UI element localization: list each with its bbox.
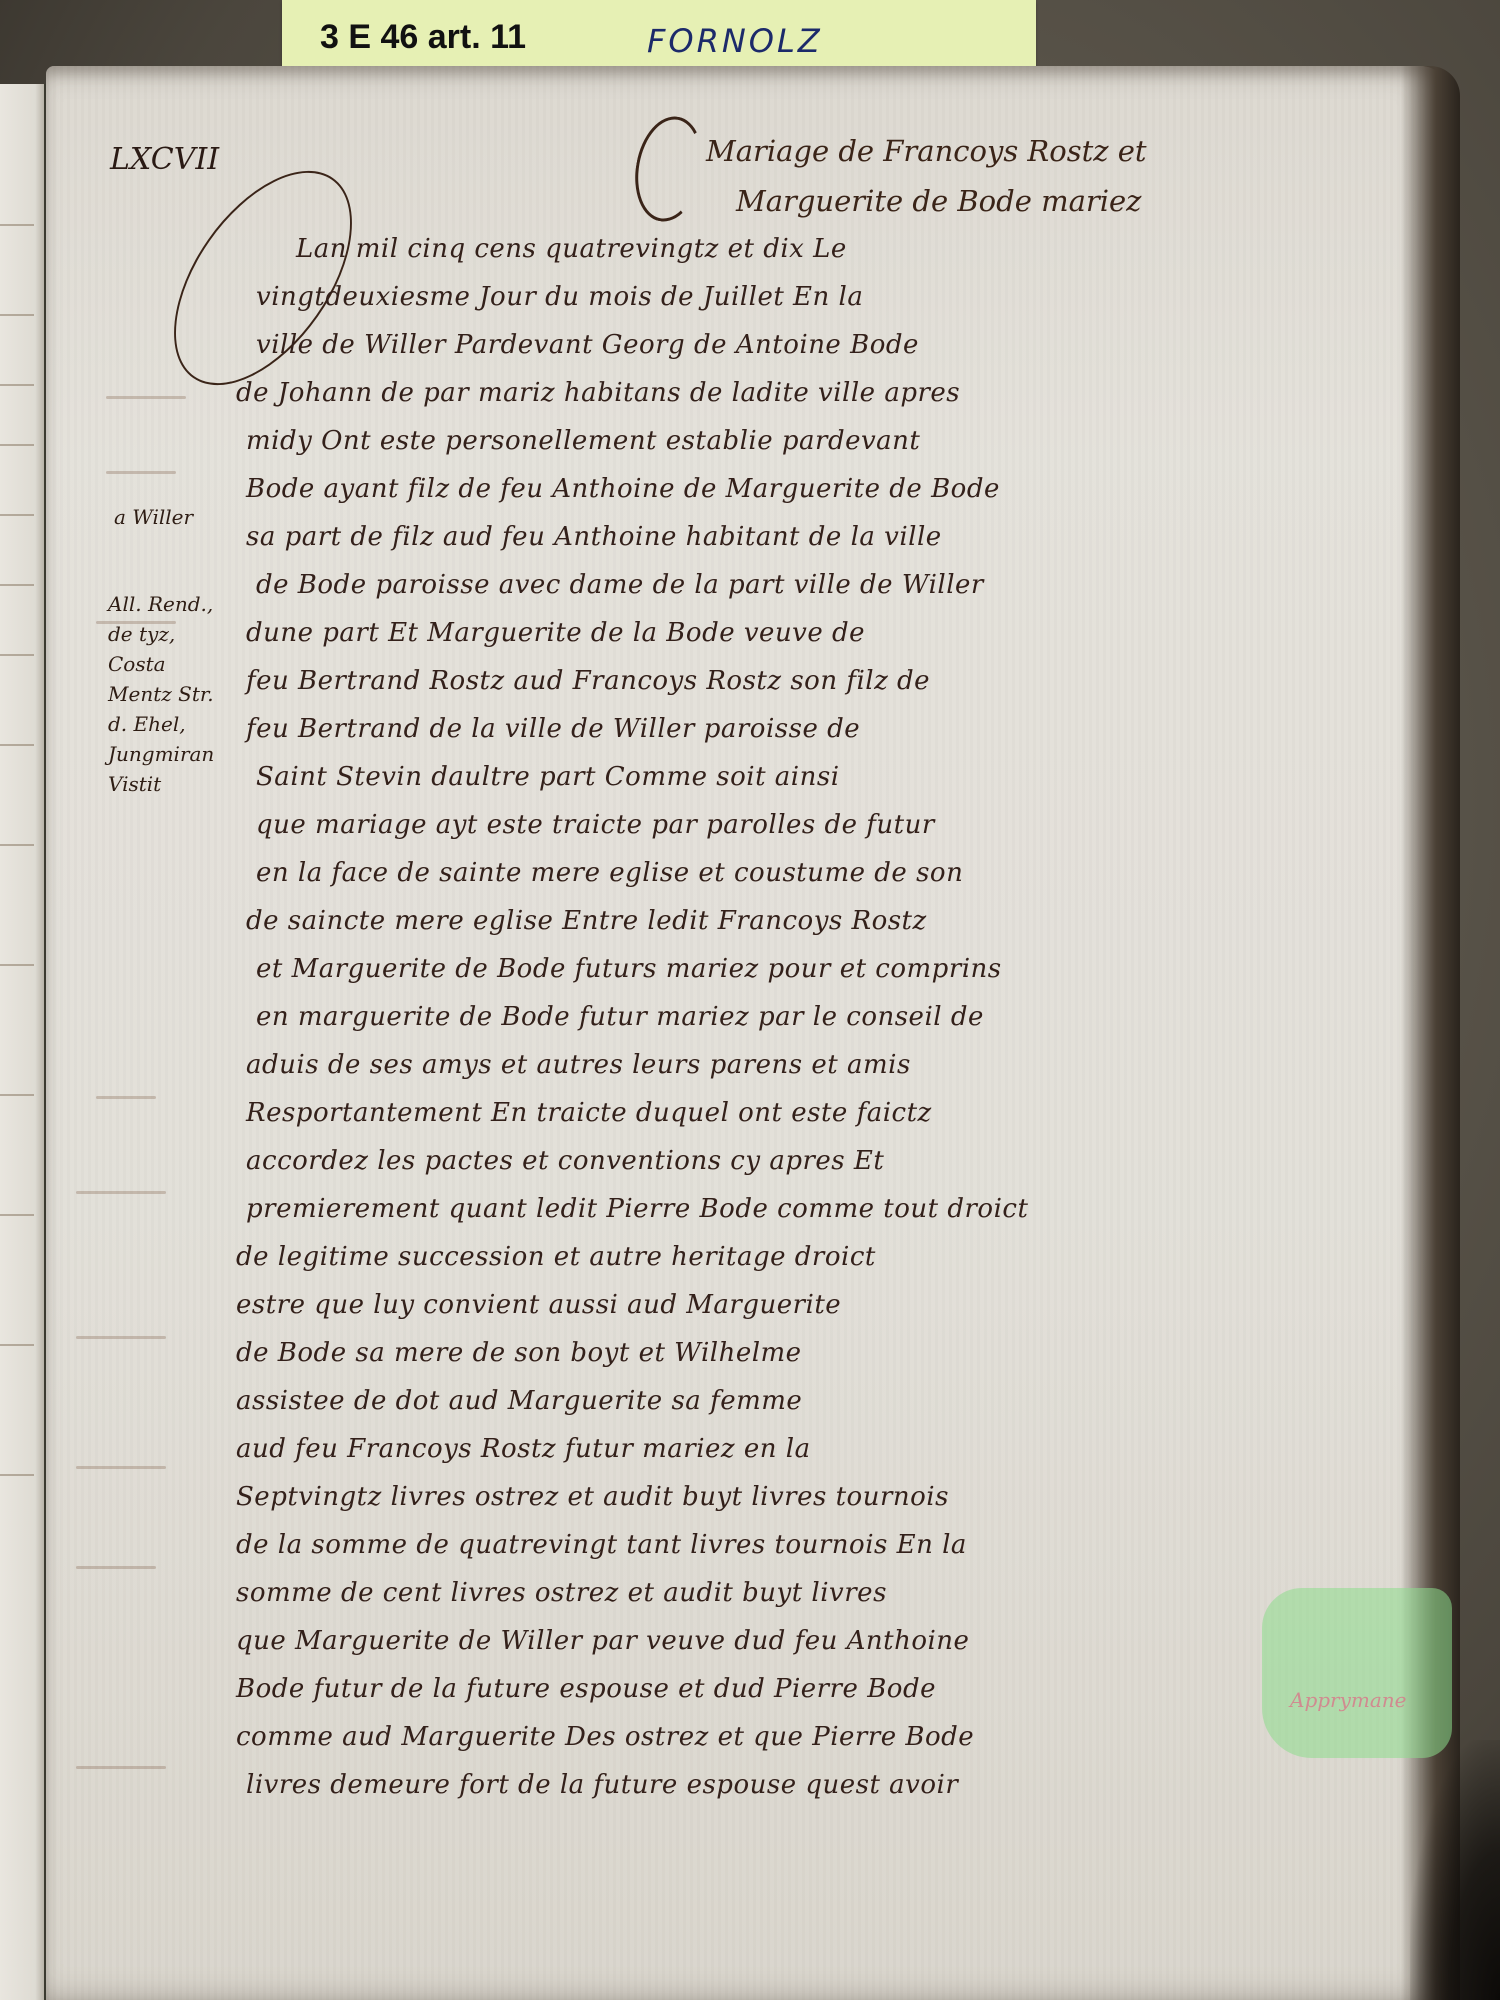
green-correction-patch [1262, 1588, 1452, 1758]
body-line: premierement quant ledit Pierre Bode com… [246, 1194, 1028, 1224]
archive-call-number: 3 E 46 art. 11 [320, 18, 526, 57]
body-line: Bode ayant filz de feu Anthoine de Margu… [246, 474, 1000, 504]
archive-label-name: FORNOLZ [647, 22, 823, 60]
body-line: de legitime succession et autre heritage… [236, 1242, 876, 1272]
margin-note: de tyz, [108, 621, 175, 648]
body-line: Resportantement En traicte duquel ont es… [246, 1098, 932, 1128]
margin-note: Costa [108, 651, 166, 678]
body-line: et Marguerite de Bode futurs mariez pour… [256, 954, 1002, 984]
left-page-rule [0, 444, 34, 446]
left-page-rule [0, 584, 34, 586]
left-page-rule [0, 1094, 34, 1096]
body-line: ville de Willer Pardevant Georg de Antoi… [256, 330, 919, 360]
body-line: de saincte mere eglise Entre ledit Franc… [246, 906, 927, 936]
body-line: que Marguerite de Willer par veuve dud f… [236, 1626, 969, 1656]
left-page-rule [0, 744, 34, 746]
margin-note: Mentz Str. [108, 681, 214, 708]
body-line: somme de cent livres ostrez et audit buy… [236, 1578, 887, 1608]
left-page-rule [0, 654, 34, 656]
body-line: aud feu Francoys Rostz futur mariez en l… [236, 1434, 811, 1464]
bleed-through-line [76, 1466, 166, 1469]
body-line: Bode futur de la future espouse et dud P… [236, 1674, 936, 1704]
body-line: feu Bertrand de la ville de Willer paroi… [246, 714, 860, 744]
left-page-rule [0, 384, 34, 386]
archive-label: 3 E 46 art. 11 FORNOLZ [282, 0, 1036, 75]
left-page-edge [0, 84, 46, 2000]
margin-note: All. Rend., [108, 591, 213, 618]
margin-note: Vistit [108, 771, 161, 798]
body-line: estre que luy convient aussi aud Marguer… [236, 1290, 841, 1320]
body-line: de Johann de par mariz habitans de ladit… [236, 378, 960, 408]
title-line: Mariage de Francoys Rostz et [706, 134, 1147, 168]
corner-shadow [1410, 1740, 1500, 2000]
bleed-through-line [106, 396, 186, 399]
body-line: livres demeure fort de la future espouse… [246, 1770, 958, 1800]
left-page-rule [0, 514, 34, 516]
body-line: de la somme de quatrevingt tant livres t… [236, 1530, 967, 1560]
margin-note: a Willer [114, 504, 193, 531]
body-line: sa part de filz aud feu Anthoine habitan… [246, 522, 942, 552]
left-page-rule [0, 224, 34, 226]
body-line: en marguerite de Bode futur mariez par l… [256, 1002, 984, 1032]
bleed-through-line [76, 1566, 156, 1569]
left-page-rule [0, 844, 34, 846]
body-line: midy Ont este personellement establie pa… [246, 426, 920, 456]
manuscript-page: LXCVII Mariage de Francoys Rostz et Marg… [46, 66, 1450, 2000]
title-line: Marguerite de Bode mariez [736, 184, 1141, 218]
bleed-through-line [76, 1766, 166, 1769]
folio-number: LXCVII [110, 142, 219, 177]
bleed-through-line [76, 1336, 166, 1339]
bleed-through-line [76, 1191, 166, 1194]
margin-note: Jungmiran [108, 741, 214, 768]
body-line: de Bode sa mere de son boyt et Wilhelme [236, 1338, 802, 1368]
left-page-rule [0, 1344, 34, 1346]
bleed-through-line [106, 471, 176, 474]
body-line: accordez les pactes et conventions cy ap… [246, 1146, 884, 1176]
body-line: vingtdeuxiesme Jour du mois de Juillet E… [256, 282, 863, 312]
margin-note: d. Ehel, [108, 711, 186, 738]
left-page-rule [0, 1474, 34, 1476]
body-line: Lan mil cinq cens quatrevingtz et dix Le [296, 234, 847, 264]
body-line: Saint Stevin daultre part Comme soit ain… [256, 762, 840, 792]
left-page-rule [0, 1214, 34, 1216]
body-line: feu Bertrand Rostz aud Francoys Rostz so… [246, 666, 930, 696]
body-line: de Bode paroisse avec dame de la part vi… [256, 570, 984, 600]
body-line: Septvingtz livres ostrez et audit buyt l… [236, 1482, 949, 1512]
body-line: que mariage ayt este traicte par parolle… [256, 810, 935, 840]
body-line: dune part Et Marguerite de la Bode veuve… [246, 618, 865, 648]
body-line: aduis de ses amys et autres leurs parens… [246, 1050, 911, 1080]
body-line: en la face de sainte mere eglise et cous… [256, 858, 963, 888]
body-line: assistee de dot aud Marguerite sa femme [236, 1386, 802, 1416]
body-line: comme aud Marguerite Des ostrez et que P… [236, 1722, 974, 1752]
stamp-text: Apprymane [1290, 1688, 1407, 1712]
bleed-through-line [96, 1096, 156, 1099]
left-page-rule [0, 964, 34, 966]
left-page-rule [0, 314, 34, 316]
title-initial-flourish [627, 111, 710, 227]
